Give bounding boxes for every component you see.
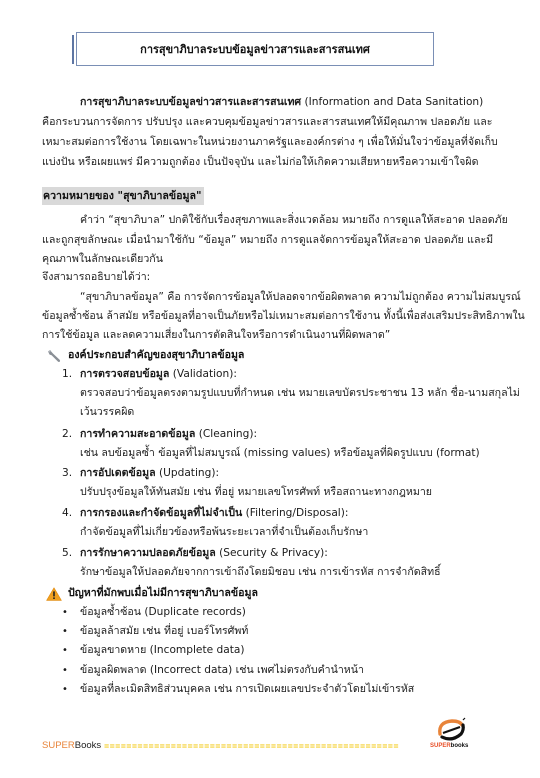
item-title: การทำความสะอาดข้อมูล [80,428,195,440]
item-description: เช่น ลบข้อมูลซ้ำ ข้อมูลที่ไม่สมบูรณ์ (mi… [80,446,480,460]
item-title: การตรวจสอบข้อมูล [80,368,169,380]
component-item-security: 5.การรักษาความปลอดภัยข้อมูล (Security & … [62,546,328,560]
logo-books: books [451,743,469,749]
footer-separator: ========================================… [104,741,399,751]
problems-section-heading-row: ปัญหาที่มักพบเมื่อไม่มีการสุขาภิบาลข้อมู… [46,584,258,601]
item-number: 2. [62,427,80,441]
item-english: (Validation): [169,368,237,380]
component-item-updating: 3.การอัปเดตข้อมูล (Updating): [62,466,219,480]
problem-item: •ข้อมูลล้าสมัย เช่น ที่อยู่ เบอร์โทรศัพท… [62,624,248,639]
meaning-line: จึงสามารถอธิบายได้ว่า: [42,270,150,284]
intro-line: แบ่งปัน หรือเผยแพร่ มีความถูกต้อง เป็นปั… [42,155,478,169]
item-description: กำจัดข้อมูลที่ไม่เกี่ยวข้องหรือพ้นระยะเว… [80,525,368,539]
problem-text: ข้อมูลผิดพลาด (Incorrect data) เช่น เพศไ… [80,664,364,676]
item-title: การอัปเดตข้อมูล [80,467,156,479]
item-english: (Cleaning): [195,428,257,440]
title-box: การสุขาภิบาลระบบข้อมูลข่าวสารและสารสนเทศ [76,32,434,66]
problem-item: •ข้อมูลผิดพลาด (Incorrect data) เช่น เพศ… [62,663,364,678]
item-number: 3. [62,466,80,480]
meaning-line: และถูกสุขลักษณะ เมื่อนำมาใช้กับ “ข้อมูล”… [42,233,493,247]
item-number: 1. [62,367,80,381]
bullet-icon: • [62,664,80,678]
title-accent-bar [72,35,74,64]
item-english: (Filtering/Disposal): [242,507,348,519]
item-number: 5. [62,546,80,560]
meaning-section-heading: ความหมายของ "สุขาภิบาลข้อมูล" [42,187,204,205]
problem-item: •ข้อมูลซ้ำซ้อน (Duplicate records) [62,605,246,620]
intro-lead-english: (Information and Data Sanitation) [301,96,483,108]
bullet-icon: • [62,644,80,658]
problem-text: ข้อมูลที่ละเมิดสิทธิส่วนบุคคล เช่น การเป… [80,683,414,695]
superbooks-logo-text: SUPERbooks [430,743,468,749]
components-section-heading: องค์ประกอบสำคัญของสุขาภิบาลข้อมูล [68,346,244,363]
definition-line: “สุขาภิบาลข้อมูล” คือ การจัดการข้อมูลให้… [80,290,521,304]
definition-line: ข้อมูลซ้ำซ้อน ล้าสมัย หรือข้อมูลที่อาจเป… [42,309,525,323]
footer-brand-super: SUPER [42,740,75,751]
item-title: การรักษาความปลอดภัยข้อมูล [80,547,216,559]
meaning-line: คำว่า “สุขาภิบาล” ปกติใช้กับเรื่องสุขภาพ… [80,213,508,227]
intro-lead-line: การสุขาภิบาลระบบข้อมูลข่าวสารและสารสนเทศ… [80,95,483,109]
problem-text: ข้อมูลขาดหาย (Incomplete data) [80,644,244,656]
item-english: (Updating): [156,467,219,479]
item-description: รักษาข้อมูลให้ปลอดภัยจากการเข้าถึงโดยมิช… [80,565,441,579]
document-page: การสุขาภิบาลระบบข้อมูลข่าวสารและสารสนเทศ… [0,0,540,778]
intro-line: คือกระบวนการจัดการ ปรับปรุง และควบคุมข้อ… [42,115,493,129]
intro-lead-bold: การสุขาภิบาลระบบข้อมูลข่าวสารและสารสนเทศ [80,96,301,108]
components-section-heading-row: องค์ประกอบสำคัญของสุขาภิบาลข้อมูล [46,346,244,363]
meaning-line: คุณภาพในลักษณะเดียวกัน [42,252,163,266]
page-title: การสุขาภิบาลระบบข้อมูลข่าวสารและสารสนเทศ [140,40,370,58]
component-item-filtering: 4.การกรองและกำจัดข้อมูลที่ไม่จำเป็น (Fil… [62,506,348,520]
page-footer: SUPERBooks==============================… [42,740,399,751]
problem-text: ข้อมูลซ้ำซ้อน (Duplicate records) [80,606,246,618]
problem-text: ข้อมูลล้าสมัย เช่น ที่อยู่ เบอร์โทรศัพท์ [80,625,248,637]
intro-line: เหมาะสมต่อการใช้งาน โดยเฉพาะในหน่วยงานภา… [42,135,498,149]
item-title: การกรองและกำจัดข้อมูลที่ไม่จำเป็น [80,507,242,519]
definition-line: การใช้ข้อมูล และลดความเสี่ยงในการตัดสินใ… [42,328,390,342]
footer-brand-books: Books [75,740,101,751]
item-description: ปรับปรุงข้อมูลให้ทันสมัย เช่น ที่อยู่ หม… [80,485,432,499]
bullet-icon: • [62,683,80,697]
bullet-icon: • [62,606,80,620]
warning-icon [46,586,62,600]
item-english: (Security & Privacy): [216,547,328,559]
component-item-cleaning: 2.การทำความสะอาดข้อมูล (Cleaning): [62,427,257,441]
item-description: เว้นวรรคผิด [80,405,134,419]
problems-section-heading: ปัญหาที่มักพบเมื่อไม่มีการสุขาภิบาลข้อมู… [68,584,258,601]
item-number: 4. [62,506,80,520]
problem-item: •ข้อมูลขาดหาย (Incomplete data) [62,643,244,658]
wrench-icon [46,348,62,362]
item-description: ตรวจสอบว่าข้อมูลตรงตามรูปแบบที่กำหนด เช่… [80,386,520,400]
bullet-icon: • [62,625,80,639]
component-item-validation: 1.การตรวจสอบข้อมูล (Validation): [62,367,237,381]
problem-item: •ข้อมูลที่ละเมิดสิทธิส่วนบุคคล เช่น การเ… [62,682,414,697]
logo-super: SUPER [430,743,451,749]
